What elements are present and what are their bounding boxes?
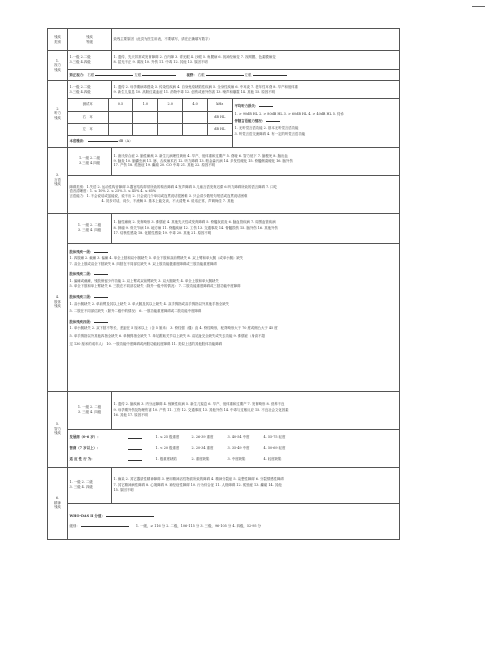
speech-grade-options[interactable]: 1.一级 2.二级 3.三级 4.四级	[68, 147, 112, 175]
mental-causes[interactable]: 1. 痴呆 2. 其它器质性精神障碍 3. 使用精神活性物质所致的障碍 4. 精…	[112, 467, 400, 503]
iq-opt-4: 4. 50-69 轻度	[264, 446, 300, 451]
speech-causes-line3: 17. 产伤 18. 孤独症 19. 癫痫 20. CO 中毒 21. 其他 2…	[114, 163, 398, 168]
right-ear-label: 右 耳	[68, 111, 108, 123]
adaptive-field[interactable]	[128, 457, 142, 461]
right-ear-1-0-input[interactable]	[133, 111, 158, 123]
speech-causes[interactable]: 1. 唐氏综合症 2. 脑性瘫痪 3. 新生儿病理性黄疸 4. 早产、低体重和过…	[112, 147, 400, 175]
visual-field-left-field[interactable]	[253, 72, 287, 76]
adaptive-opt-3: 3. 中度缺陷	[228, 457, 264, 462]
corrected-right-eye-field[interactable]	[95, 72, 133, 76]
limb-label: 4. 肢体 残疾	[48, 213, 68, 391]
mental-whodas-row: WHO-DAS II 分值： 级别： 1. 一级，≥ 116 分 2. 二级，1…	[48, 503, 400, 539]
limb-level2-field[interactable]	[94, 271, 108, 275]
hearing-grade-options[interactable]: 1.一级 2.二级 3.三级 4.四级	[68, 81, 112, 99]
vision-label-2: 残疾	[50, 68, 66, 73]
limb-level1-title: 肢体残疾一级：	[70, 250, 94, 254]
left-ear-2-0-input[interactable]	[158, 123, 183, 135]
visual-field-left-label: 左眼	[245, 73, 252, 77]
intellectual-scores: 发展商（0-6 岁）： 1. ≤ 25 极重度 2. 26-39 重度 3. 4…	[68, 429, 400, 467]
vision-acuity-row: 矫正视力： 右眼 左眼 视野： 右眼 左眼	[48, 70, 400, 81]
visual-field-right-label: 右眼	[198, 73, 205, 77]
iq-label: 智商（7 岁以上）：	[70, 446, 128, 451]
dq-opt-4: 4. 55-75 轻度	[264, 435, 300, 440]
header-category: 残疾 类别	[48, 29, 68, 51]
limb-level3-line2: 5. 二肢在不同部位缺失（除外二级中的情况） 6. 一肢功能重度障碍或二肢功能中…	[70, 309, 398, 314]
freq-1-0-header: 1.0	[133, 99, 158, 111]
left-ear-label: 左 耳	[68, 123, 108, 135]
background-noise-unit: dB（A）	[119, 139, 133, 143]
speech-details-row: 障碍类别：1.失语 2. 运动性构音障碍 3.器官结构异常所致的构音障碍 4.发…	[48, 175, 400, 213]
header-row: 残疾 类别 残疾 等级 致残主要原因（此页为医生用表，不要填写，请在正确填写数字…	[48, 29, 400, 51]
limb-level4-line1: 1. 单小腿缺失 2. 双下肢不等长，差距在 5 厘米以上（含 5 厘米） 3.…	[70, 326, 398, 331]
limb-causes[interactable]: 1. 脑性瘫痪 2. 发育畸形 3. 侏儒症 4. 其他先天性或发育障碍 5. …	[112, 213, 400, 243]
speech-label: 3. 言语 残疾	[48, 147, 68, 213]
speech-label-2: 残疾	[50, 182, 66, 187]
avg-hearing-loss-options: 1. > 90dB HL 2. > 80dB HL 3. > 60dB HL 4…	[235, 112, 398, 117]
adaptive-opt-1: 1. 极重度缺陷	[156, 457, 192, 462]
mental-label: 6. 精神 残疾	[48, 467, 68, 539]
right-ear-row: 右 耳 dB HL	[68, 111, 232, 123]
audiogram-cell: 测试耳 0.5 1.0 2.0 4.0 kHz 右 耳	[68, 99, 232, 147]
mental-grade-field[interactable]	[81, 523, 129, 527]
left-ear-0-5-input[interactable]	[108, 123, 133, 135]
limb-level2-line1: 1. 偏瘫或截瘫，残肢保留少许功能 2. 双上臂或双前臂缺失 3. 双大腿缺失 …	[70, 279, 398, 284]
corrected-vision-label: 矫正视力：	[70, 73, 87, 77]
visual-field-right-field[interactable]	[206, 72, 244, 76]
background-noise-cell: 本底噪音： dB（A）	[68, 135, 232, 147]
limb-level3-field[interactable]	[94, 294, 108, 298]
adaptive-label: 适 应 性 行 为：	[70, 457, 128, 462]
limb-level3-title: 肢体残疾三级：	[70, 295, 94, 299]
intellectual-causes-line1: 1. 遗传 2. 脑疾病 3. 内分泌障碍 4. 惊厥性疾病 5. 新生儿窒息 …	[114, 402, 398, 407]
dq-opt-2: 2. 26-39 重度	[192, 435, 228, 440]
avg-hearing-loss-label: 平均听力损失：	[235, 104, 259, 108]
limb-grade-line2: 3. 三级 4. 四级	[70, 228, 110, 233]
limb-level1-line1: 1. 四肢瘫 2. 截瘫 3. 偏瘫 4. 单全上肢和双小腿缺失 5. 单全下肢…	[70, 256, 398, 261]
mental-grade-scale: 1. 一级，≥ 116 分 2. 二级，106-115 分 3. 三级，96-1…	[136, 524, 261, 528]
mental-label-2: 残疾	[50, 505, 66, 510]
mental-causes-line2: 7. 其它精神病性障碍 8. 心境障碍 9. 神经症性障碍 10. 行为综合征 …	[114, 483, 398, 488]
intellectual-causes-line3: 16. 其他 17. 原因不明	[114, 413, 398, 418]
limb-level1-line2: 7. 双全上肢或双全下肢缺失 8. 四肢在不同部位缺失 9. 双上肢功能极重度障…	[70, 262, 398, 267]
limb-grade-options[interactable]: 1. 一级 2. 二级 3. 三级 4. 四级	[68, 213, 112, 243]
avg-hearing-loss-field[interactable]	[259, 103, 273, 107]
freq-2-0-header: 2.0	[158, 99, 183, 111]
limb-levels[interactable]: 肢体残疾一级： 1. 四肢瘫 2. 截瘫 3. 偏瘫 4. 单全上肢和双小腿缺失…	[68, 243, 400, 391]
intellectual-causes[interactable]: 1. 遗传 2. 脑疾病 3. 内分泌障碍 4. 惊厥性疾病 5. 新生儿窒息 …	[112, 391, 400, 429]
iq-opt-2: 2. 20-34 重度	[192, 446, 228, 451]
mental-causes-line1: 1. 痴呆 2. 其它器质性精神障碍 3. 使用精神活性物质所致的障碍 4. 精…	[114, 477, 398, 482]
hearing-test-container: 测试耳 0.5 1.0 2.0 4.0 kHz 右 耳	[68, 99, 400, 148]
limb-level1-field[interactable]	[94, 249, 108, 253]
header-cause: 致残主要原因（此页为医生用表，不要填写，请在正确填写数字）	[112, 29, 400, 51]
header-grade-line2: 等级	[70, 40, 110, 45]
hearing-grade-line2: 3.三级 4.四级	[70, 90, 110, 95]
speech-ability-field[interactable]	[266, 118, 280, 122]
iq-opt-3: 3. 35-49 中度	[228, 446, 264, 451]
test-ear-header: 测试耳	[68, 99, 108, 111]
limb-causes-line2: 8. 肿瘤 9. 骨关节病 10. 地方病 11. 脊髓疾病 12. 工伤 13…	[114, 226, 398, 231]
freq-4-0-header: 4.0	[183, 99, 208, 111]
intellectual-grade-line2: 3. 三级 4. 四级	[70, 410, 110, 415]
limb-level2-line2: 5. 单全下肢和单上臂缺失 6. 三肢在不同部位缺失（除外一级中的情况） 7. …	[70, 284, 398, 289]
limb-row: 4. 肢体 残疾 1. 一级 2. 二级 3. 三级 4. 四级 1. 脑性瘫痪…	[48, 213, 400, 243]
left-ear-row: 左 耳 dB HL	[68, 123, 232, 135]
vision-acuity-cell: 矫正视力： 右眼 左眼 视野： 右眼 左眼	[68, 70, 400, 81]
left-ear-4-0-input[interactable]	[183, 123, 208, 135]
background-noise-field[interactable]	[88, 138, 118, 142]
limb-level3-line1: 1. 双小腿缺失 2. 单前臂及其以上缺失 3. 单大腿及其以上缺失 4. 双手…	[70, 302, 398, 307]
iq-row: 智商（7 岁以上）： 1. < 20 极重度 2. 20-34 重度 3. 35…	[70, 443, 398, 454]
iq-opt-1: 1. < 20 极重度	[156, 446, 192, 451]
limb-level4-line2: 5. 单手拇指以外其他四指全缺失 6. 单侧拇指全缺失 7. 单足跗跖关节以上缺…	[70, 334, 398, 339]
mental-grade-line2: 3. 三级 4. 四级	[70, 485, 110, 490]
corrected-left-eye-field[interactable]	[142, 72, 176, 76]
adaptive-opt-4: 4. 轻度缺陷	[264, 457, 300, 462]
hearing-test-layout: 测试耳 0.5 1.0 2.0 4.0 kHz 右 耳	[68, 99, 399, 147]
vision-grade-options[interactable]: 1.一级 2.二级 3.三级 4.四级	[68, 51, 112, 70]
corrected-right-eye-label: 右眼	[88, 73, 95, 77]
adaptive-row: 适 应 性 行 为： 1. 极重度缺陷 2. 重度缺陷 3. 中度缺陷 4. 轻…	[70, 454, 398, 465]
limb-levels-row: 肢体残疾一级： 1. 四肢瘫 2. 截瘫 3. 偏瘫 4. 单全上肢和双小腿缺失…	[48, 243, 400, 391]
background-noise-label: 本底噪音：	[70, 139, 87, 143]
visual-field-label: 视野：	[186, 73, 196, 77]
speech-ability-2: 4. 初步对话，词少，不流畅 5. 基本上能交谈，不太清楚 6. 说话正常，声调…	[70, 199, 398, 204]
intellectual-causes-line2: 9. 母孕期外伤及物理伤害 10. 产伤 11. 工伤 12. 交通事故 13.…	[114, 408, 398, 413]
noise-row: 本底噪音： dB（A）	[68, 135, 232, 147]
limb-causes-line3: 17. 结核性感染 18. 化脓性感染 19. 中毒 20. 其他 21. 原因…	[114, 231, 398, 236]
mental-grade-options[interactable]: 1. 一级 2. 二级 3. 三级 4. 四级	[68, 467, 112, 503]
audiogram-table: 测试耳 0.5 1.0 2.0 4.0 kHz 右 耳	[68, 99, 232, 147]
iq-field[interactable]	[128, 446, 142, 450]
intellectual-grade-options[interactable]: 1. 一级 2. 二级 3. 三级 4. 四级	[68, 391, 112, 429]
speech-row: 3. 言语 残疾 1.一级 2.二级 3.三级 4.四级 1. 唐氏综合症 2.…	[48, 147, 400, 175]
mental-causes-line3: 15. 原因不明	[114, 488, 398, 493]
corrected-left-eye-label: 左眼	[134, 73, 141, 77]
khz-unit-header: kHz	[208, 99, 232, 111]
hearing-causes[interactable]: 1. 遗传 2. 母孕期病毒感染 3. 传染性疾病 4. 自身免疫缺陷性疾病 5…	[112, 81, 400, 99]
hearing-label: 2 听力 残疾	[48, 81, 68, 148]
right-ear-2-0-input[interactable]	[158, 111, 183, 123]
hearing-causes-line2: 9. 新生儿窒息 10. 高胆红素血症 11. 药物中毒 12. 创伤或意外伤害…	[114, 90, 398, 95]
adaptive-opt-2: 2. 重度缺陷	[192, 457, 228, 462]
hearing-summary-cell: 平均听力损失： 1. > 90dB HL 2. > 80dB HL 3. > 6…	[232, 99, 399, 147]
speech-grade-line2: 3.三级 4.四级	[70, 161, 110, 166]
right-ear-4-0-input[interactable]	[183, 111, 208, 123]
left-ear-unit: dB HL	[208, 123, 232, 135]
disability-assessment-form: 残疾 类别 残疾 等级 致残主要原因（此页为医生用表，不要填写，请在正确填写数字…	[47, 28, 400, 540]
vision-label: 1. 视力 残疾	[48, 51, 68, 81]
page-corner-mark	[472, 6, 485, 7]
hearing-label-2: 残疾	[50, 116, 66, 121]
vision-grade-line2: 3.三级 4.四级	[70, 60, 110, 65]
limb-causes-line1: 1. 脑性瘫痪 2. 发育畸形 3. 侏儒症 4. 其他先天性或发育障碍 5. …	[114, 220, 398, 225]
whodas-label: WHO-DAS II 分值：	[70, 514, 105, 518]
limb-label-2: 残疾	[50, 304, 66, 309]
audiogram-header-row: 测试耳 0.5 1.0 2.0 4.0 kHz	[68, 99, 232, 111]
limb-level4-title: 肢体残疾四级：	[70, 320, 94, 324]
header-category-line2: 类别	[50, 40, 66, 45]
vision-causes-line2: 8. 屈光不正 9. 弱视 10. 外伤 11. 中毒 12. 其他 13. 原…	[114, 60, 398, 65]
limb-level4-line3: 过 130 厘米的成年人） 10. 一肢功能中度障碍或两肢功能轻度障碍 11. …	[70, 342, 398, 347]
intellectual-scores-row: 发展商（0-6 岁）： 1. ≤ 25 极重度 2. 26-39 重度 3. 4…	[48, 429, 400, 467]
limb-level2-title: 肢体残疾二级：	[70, 272, 94, 276]
dq-row: 发展商（0-6 岁）： 1. ≤ 25 极重度 2. 26-39 重度 3. 4…	[70, 432, 398, 443]
freq-0-5-header: 0.5	[108, 99, 133, 111]
speech-details[interactable]: 障碍类别：1.失语 2. 运动性构音障碍 3.器官结构异常所致的构音障碍 4.发…	[68, 175, 400, 213]
vision-row: 1. 视力 残疾 1.一级 2.二级 3.三级 4.四级 1. 遗传、先天异常或…	[48, 51, 400, 70]
limb-level4-field[interactable]	[94, 319, 108, 323]
vision-causes[interactable]: 1. 遗传、先天异常或发育障碍 2. 白内障 3. 青光眼 4. 沙眼 5. 角…	[112, 51, 400, 70]
whodas-field[interactable]	[106, 513, 154, 517]
intellectual-label: 5. 智力 残疾	[48, 391, 68, 467]
hearing-row: 2 听力 残疾 1.一级 2.二级 3.三级 4.四级 1. 遗传 2. 母孕期…	[48, 81, 400, 99]
right-ear-unit: dB HL	[208, 111, 232, 123]
speech-ability-options-2: 3. 听觉言语交流障碍 4. 有一定的听觉言语功能	[235, 132, 398, 137]
left-ear-1-0-input[interactable]	[133, 123, 158, 135]
dq-label: 发展商（0-6 岁）：	[70, 435, 128, 440]
dq-opt-1: 1. ≤ 25 极重度	[156, 435, 192, 440]
speech-ability-options-1: 1. 无听觉言语功能 2. 基本无听觉言语功能	[235, 126, 398, 131]
dq-field[interactable]	[128, 435, 142, 439]
speech-ability-label: 伴随言语能力情况：	[235, 119, 266, 123]
mental-whodas: WHO-DAS II 分值： 级别： 1. 一级，≥ 116 分 2. 二级，1…	[68, 503, 400, 539]
mental-row: 6. 精神 残疾 1. 一级 2. 二级 3. 三级 4. 四级 1. 痴呆 2…	[48, 467, 400, 503]
mental-grade-label: 级别：	[70, 524, 80, 528]
hearing-test-row: 测试耳 0.5 1.0 2.0 4.0 kHz 右 耳	[48, 99, 400, 148]
header-grade: 残疾 等级	[68, 29, 112, 51]
dq-opt-3: 3. 40-54 中度	[228, 435, 264, 440]
intellectual-label-2: 残疾	[50, 431, 66, 436]
intellectual-row: 5. 智力 残疾 1. 一级 2. 二级 3. 三级 4. 四级 1. 遗传 2…	[48, 391, 400, 429]
right-ear-0-5-input[interactable]	[108, 111, 133, 123]
